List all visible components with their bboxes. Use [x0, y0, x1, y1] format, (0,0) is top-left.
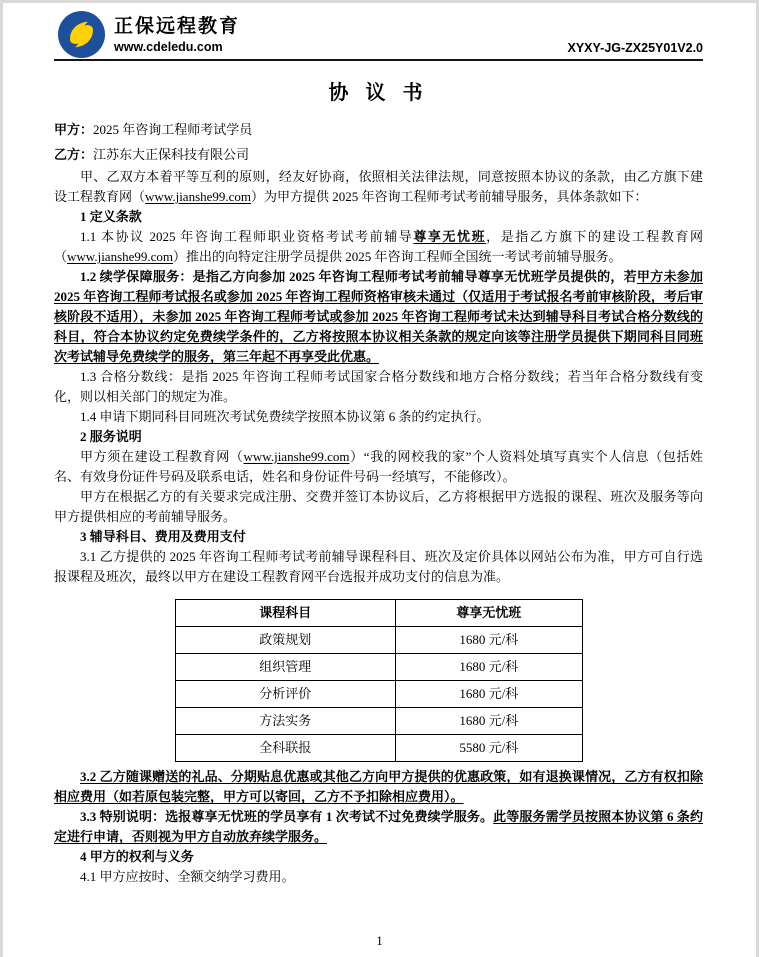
clause-4-1: 4.1 甲方应按时、全额交纳学习费用。: [54, 867, 703, 887]
url-jianshe99: www.jianshe99.com: [244, 449, 350, 464]
text-run: 甲方在根据乙方的有关要求完成注册、交费并签订本协议后，乙方将根据甲方选报的课程、…: [54, 489, 703, 524]
party-a-line: 甲方：2025 年咨询工程师考试学员: [54, 117, 703, 142]
clause-3-2: 3.2 乙方随课赠送的礼品、分期贴息优惠或其他乙方向甲方提供的优惠政策，如有退换…: [54, 767, 703, 807]
party-b-line: 乙方：江苏东大正保科技有限公司: [54, 142, 703, 167]
pricing-cell: 1680 元/科: [396, 627, 582, 654]
text-run: 3.2 乙方随课赠送的礼品、分期贴息优惠或其他乙方向甲方提供的优惠政策，如有退换…: [54, 769, 703, 804]
text-run: ）为甲方提供 2025 年咨询工程师考试考前辅导服务，具体条款如下：: [251, 189, 648, 204]
pricing-cell: 政策规划: [175, 627, 396, 654]
text-run: 尊享无忧班: [413, 229, 486, 244]
clause-1-2: 1.2 续学保障服务：是指乙方向参加 2025 年咨询工程师考试考前辅导尊享无忧…: [54, 267, 703, 367]
text-run: 1.4 申请下期同科目同班次考试免费续学按照本协议第 6 条的约定执行。: [80, 409, 490, 424]
section-4-heading: 4 甲方的权利与义务: [54, 847, 703, 867]
pricing-header-course: 课程科目: [175, 600, 396, 627]
document-body: 甲方：2025 年咨询工程师考试学员 乙方：江苏东大正保科技有限公司 甲、乙双方…: [54, 117, 703, 887]
clause-2-1: 甲方须在建设工程教育网（www.jianshe99.com）“我的网校我的家”个…: [54, 447, 703, 487]
pricing-header-row: 课程科目 尊享无忧班: [175, 600, 582, 627]
text-run: 1.2 续学保障服务：是指乙方向参加 2025 年咨询工程师考试考前辅导尊享无忧…: [80, 269, 637, 284]
page-number: 1: [3, 933, 756, 949]
pricing-row: 分析评价1680 元/科: [175, 681, 582, 708]
text-run: 1.3 合格分数线：是指 2025 年咨询工程师考试国家合格分数线和地方合格分数…: [54, 369, 703, 404]
pricing-cell: 方法实务: [175, 708, 396, 735]
agreement-document-page: 正保远程教育 www.cdeledu.com XYXY-JG-ZX25Y01V2…: [0, 0, 759, 957]
document-title: 协 议 书: [54, 76, 703, 105]
text-run: 4.1 甲方应按时、全额交纳学习费用。: [80, 869, 295, 884]
pricing-cell: 组织管理: [175, 654, 396, 681]
party-b-label: 乙方：: [54, 147, 93, 162]
text-run: 1.1 本协议 2025 年咨询工程师职业资格考试考前辅导: [80, 229, 413, 244]
pricing-cell: 1680 元/科: [396, 708, 582, 735]
url-jianshe99: www.jianshe99.com: [67, 249, 173, 264]
clause-2-2: 甲方在根据乙方的有关要求完成注册、交费并签订本协议后，乙方将根据甲方选报的课程、…: [54, 487, 703, 527]
pricing-cell: 1680 元/科: [396, 681, 582, 708]
pricing-cell: 1680 元/科: [396, 654, 582, 681]
clause-1-3: 1.3 合格分数线：是指 2025 年咨询工程师考试国家合格分数线和地方合格分数…: [54, 367, 703, 407]
pricing-header-class: 尊享无忧班: [396, 600, 582, 627]
page-inner: 正保远程教育 www.cdeledu.com XYXY-JG-ZX25Y01V2…: [54, 3, 703, 887]
brand-website: www.cdeledu.com: [114, 39, 240, 55]
url-jianshe99: www.jianshe99.com: [145, 189, 251, 204]
pricing-cell: 5580 元/科: [396, 735, 582, 762]
party-a-label: 甲方：: [54, 122, 93, 137]
section-2-heading: 2 服务说明: [54, 427, 703, 447]
brand-text: 正保远程教育 www.cdeledu.com: [114, 15, 240, 55]
pricing-row: 方法实务1680 元/科: [175, 708, 582, 735]
pricing-cell: 全科联报: [175, 735, 396, 762]
section-3-heading: 3 辅导科目、费用及费用支付: [54, 527, 703, 547]
pricing-row: 全科联报5580 元/科: [175, 735, 582, 762]
text-run: 甲方须在建设工程教育网（: [80, 449, 244, 464]
pricing-row: 政策规划1680 元/科: [175, 627, 582, 654]
pricing-row: 组织管理1680 元/科: [175, 654, 582, 681]
section-1-heading: 1 定义条款: [54, 207, 703, 227]
document-header: 正保远程教育 www.cdeledu.com XYXY-JG-ZX25Y01V2…: [54, 3, 703, 58]
pricing-table-body: 政策规划1680 元/科组织管理1680 元/科分析评价1680 元/科方法实务…: [175, 627, 582, 762]
clause-1-1: 1.1 本协议 2025 年咨询工程师职业资格考试考前辅导尊享无忧班，是指乙方旗…: [54, 227, 703, 267]
text-run: 3.1 乙方提供的 2025 年咨询工程师考试考前辅导课程科目、班次及定价具体以…: [54, 549, 703, 584]
pricing-cell: 分析评价: [175, 681, 396, 708]
clause-3-3: 3.3 特别说明：选报尊享无忧班的学员享有 1 次考试不过免费续学服务。此等服务…: [54, 807, 703, 847]
text-run: ）推出的向特定注册学员提供 2025 年咨询工程师全国统一考试考前辅导服务。: [173, 249, 622, 264]
clause-1-4: 1.4 申请下期同科目同班次考试免费续学按照本协议第 6 条的约定执行。: [54, 407, 703, 427]
document-code: XYXY-JG-ZX25Y01V2.0: [568, 41, 704, 58]
intro-paragraph: 甲、乙双方本着平等互利的原则，经友好协商，依照相关法律法规，同意按照本协议的条款…: [54, 167, 703, 207]
pricing-table: 课程科目 尊享无忧班 政策规划1680 元/科组织管理1680 元/科分析评价1…: [175, 599, 583, 762]
party-a-value: 2025 年咨询工程师考试学员: [93, 122, 252, 137]
pricing-table-head: 课程科目 尊享无忧班: [175, 600, 582, 627]
brand: 正保远程教育 www.cdeledu.com: [58, 11, 240, 58]
zhengbao-logo-icon: [58, 11, 105, 58]
text-run: 3.3 特别说明：选报尊享无忧班的学员享有 1 次考试不过免费续学服务。: [80, 809, 493, 824]
party-b-value: 江苏东大正保科技有限公司: [93, 147, 249, 162]
clause-3-1: 3.1 乙方提供的 2025 年咨询工程师考试考前辅导课程科目、班次及定价具体以…: [54, 547, 703, 587]
brand-name: 正保远程教育: [114, 15, 240, 39]
header-divider: [54, 59, 703, 61]
